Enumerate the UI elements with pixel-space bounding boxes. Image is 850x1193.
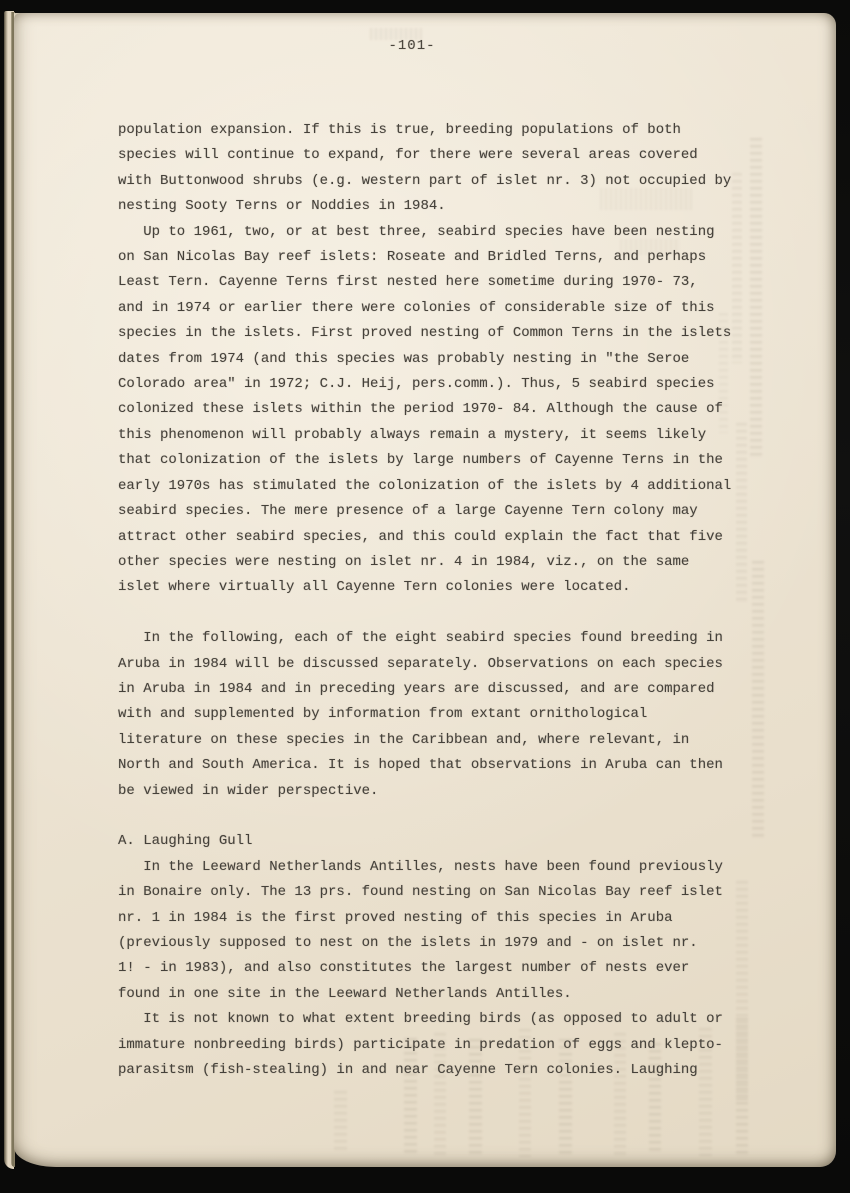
- page-number: -101-: [14, 38, 810, 54]
- scanned-book-photo: -101- population expansion. If this is t…: [0, 0, 850, 1193]
- document-page: -101- population expansion. If this is t…: [14, 13, 836, 1167]
- ghost-showthrough: [334, 1091, 347, 1153]
- paragraph-population-expansion: population expansion. If this is true, b…: [118, 118, 778, 220]
- paragraph-in-the-following: In the following, each of the eight seab…: [118, 626, 778, 804]
- paragraph-up-to-1961: Up to 1961, two, or at best three, seabi…: [118, 220, 778, 601]
- paragraph-leeward-antilles: In the Leeward Netherlands Antilles, nes…: [118, 855, 778, 1007]
- text-block: population expansion. If this is true, b…: [118, 118, 778, 1083]
- paragraph-not-known: It is not known to what extent breeding …: [118, 1007, 778, 1083]
- section-heading-laughing-gull: A. Laughing Gull: [118, 829, 778, 854]
